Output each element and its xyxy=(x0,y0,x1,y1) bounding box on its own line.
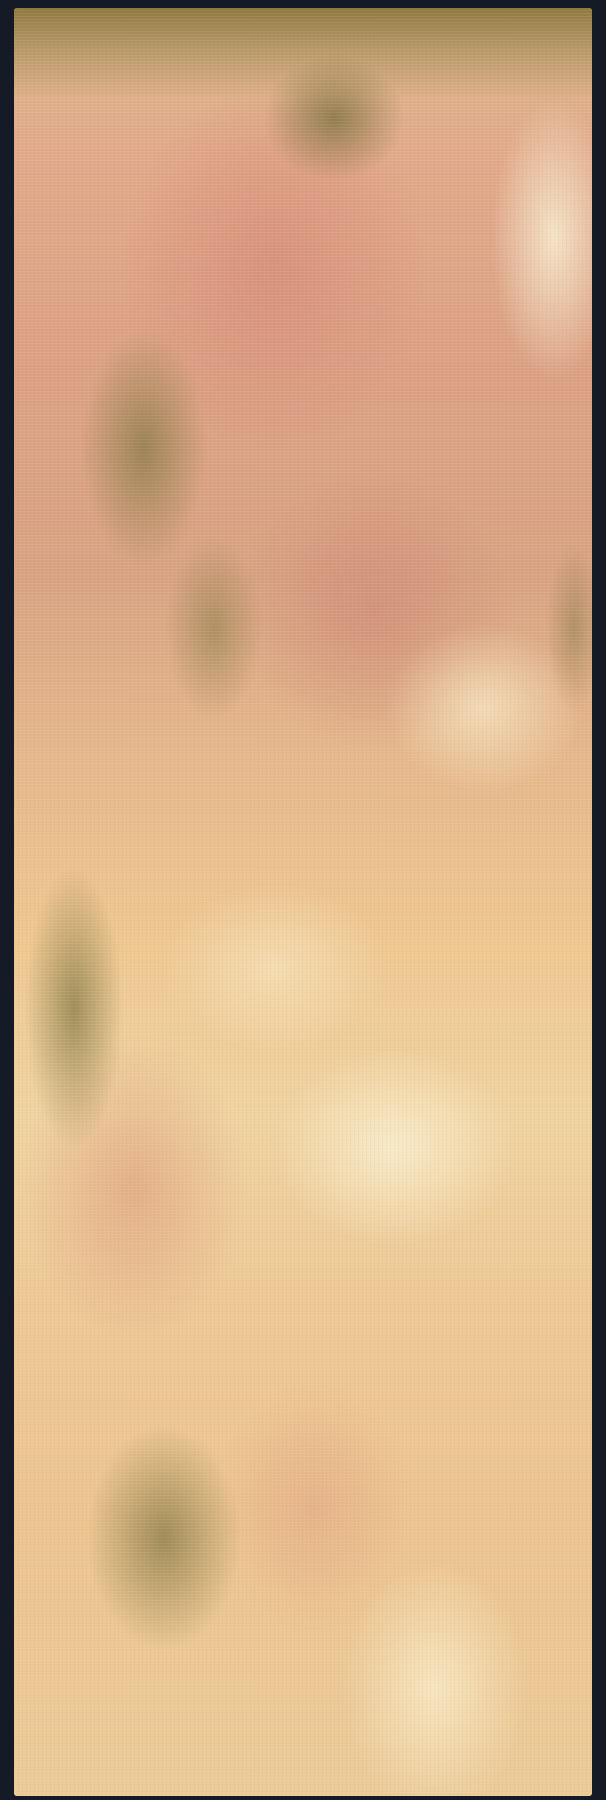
woven-texture xyxy=(14,8,592,1796)
runner-rug xyxy=(14,8,592,1796)
